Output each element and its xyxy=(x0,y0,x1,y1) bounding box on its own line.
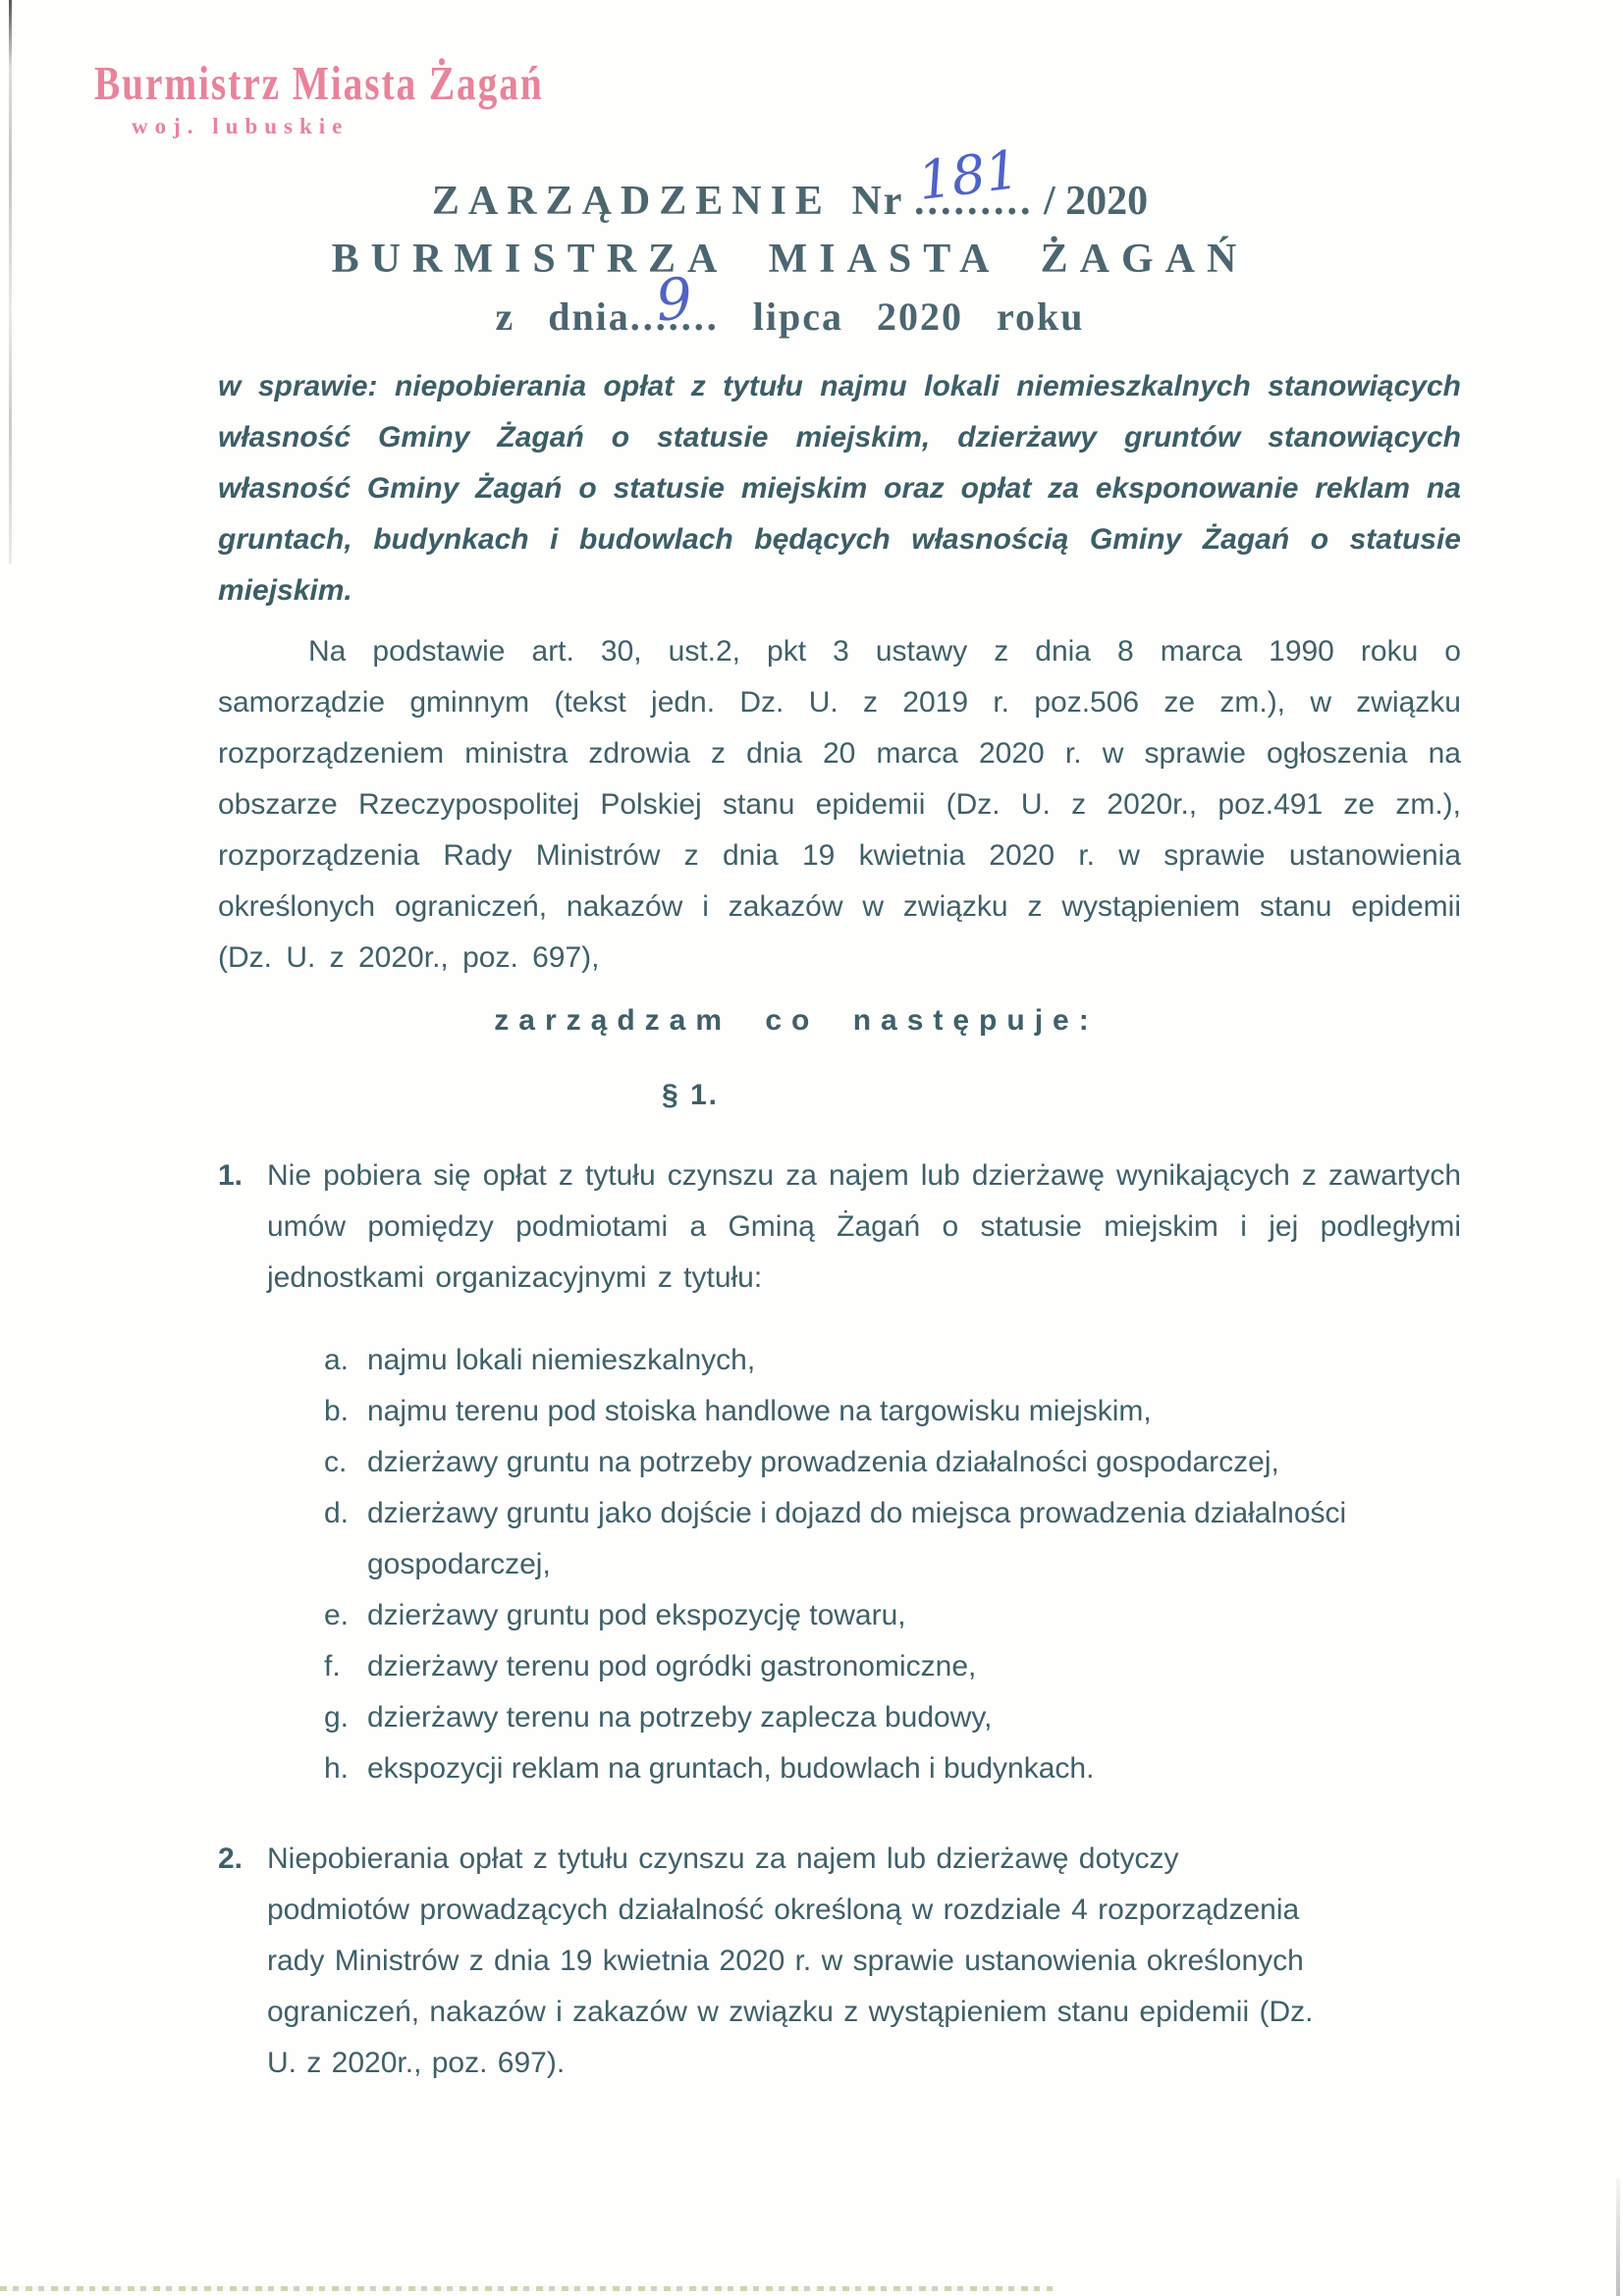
stamp-title: Burmistrz Miasta Żagań xyxy=(94,55,471,111)
sub-item-d: d. dzierżawy gruntu jako dojście i dojaz… xyxy=(324,1488,1461,1590)
list-item-1-text: Nie pobiera się opłat z tytułu czynszu z… xyxy=(267,1150,1461,1304)
sub-item-f-text: dzierżawy terenu pod ogródki gastronomic… xyxy=(367,1641,1439,1692)
scan-artifact-bottom-edge xyxy=(0,2286,1053,2291)
document-body: w sprawie: niepobierania opłat z tytułu … xyxy=(218,361,1461,2089)
sub-item-a: a. najmu lokali niemieszkalnych, xyxy=(324,1335,1461,1386)
mayor-stamp: Burmistrz Miasta Żagań woj. lubuskie xyxy=(94,55,487,139)
legal-basis-paragraph: Na podstawie art. 30, ust.2, pkt 3 ustaw… xyxy=(218,626,1461,984)
ordinance-title-line2: BURMISTRZA MIASTA ŻAGAŃ xyxy=(0,235,1601,284)
sub-item-e-letter: e. xyxy=(324,1590,367,1641)
section-1-heading: § 1. xyxy=(69,1070,1312,1121)
stamp-subtitle: woj. lubuskie xyxy=(94,114,487,139)
sub-item-h-text: ekspozycji reklam na gruntach, budowlach… xyxy=(367,1743,1439,1794)
sub-item-e: e. dzierżawy gruntu pod ekspozycję towar… xyxy=(324,1590,1461,1641)
sub-item-b-letter: b. xyxy=(324,1386,367,1437)
ordinance-title-line1: ZARZĄDZENIE Nr .........181 / 2020 xyxy=(0,177,1601,226)
title-block: ZARZĄDZENIE Nr .........181 / 2020 BURMI… xyxy=(0,177,1601,350)
document-page: Burmistrz Miasta Żagań woj. lubuskie ZAR… xyxy=(0,0,1623,2296)
date-prefix: z dnia xyxy=(495,294,629,339)
order-clause: zarządzam co następuje: xyxy=(175,995,1418,1046)
sub-item-e-text: dzierżawy gruntu pod ekspozycję towaru, xyxy=(367,1590,1439,1641)
sub-list: a. najmu lokali niemieszkalnych, b. najm… xyxy=(324,1335,1461,1794)
ordinance-number-field: .........181 xyxy=(914,177,1034,226)
list-item-1-number: 1. xyxy=(218,1150,267,1304)
day-field: .......9 xyxy=(630,293,720,342)
list-item-1: 1. Nie pobiera się opłat z tytułu czynsz… xyxy=(218,1150,1461,1304)
sub-item-g: g. dzierżawy terenu na potrzeby zaplecza… xyxy=(324,1692,1461,1743)
number-label: Nr xyxy=(851,179,903,224)
list-item-2-text: Niepobierania opłat z tytułu czynszu za … xyxy=(267,1834,1461,2089)
sub-item-a-letter: a. xyxy=(324,1335,367,1386)
sub-item-c: c. dzierżawy gruntu na potrzeby prowadze… xyxy=(324,1437,1461,1488)
handwritten-ordinance-number: 181 xyxy=(915,145,1021,206)
sub-item-d-letter: d. xyxy=(324,1488,367,1590)
ordinance-date-line: z dnia.......9 lipca 2020 roku xyxy=(0,293,1601,342)
handwritten-day: 9 xyxy=(654,273,696,325)
subject-paragraph: w sprawie: niepobierania opłat z tytułu … xyxy=(218,361,1461,616)
scan-artifact-right-edge xyxy=(1616,2178,1620,2296)
sub-item-g-text: dzierżawy terenu na potrzeby zaplecza bu… xyxy=(367,1692,1439,1743)
list-item-2: 2. Niepobierania opłat z tytułu czynszu … xyxy=(218,1834,1461,2089)
sub-item-h: h. ekspozycji reklam na gruntach, budowl… xyxy=(324,1743,1461,1794)
sub-item-b: b. najmu terenu pod stoiska handlowe na … xyxy=(324,1386,1461,1437)
sub-item-c-text: dzierżawy gruntu na potrzeby prowadzenia… xyxy=(367,1437,1439,1488)
sub-item-f: f. dzierżawy terenu pod ogródki gastrono… xyxy=(324,1641,1461,1692)
sub-item-a-text: najmu lokali niemieszkalnych, xyxy=(367,1335,1439,1386)
list-item-2-number: 2. xyxy=(218,1834,267,2089)
sub-item-f-letter: f. xyxy=(324,1641,367,1692)
date-suffix: lipca 2020 roku xyxy=(753,294,1085,339)
year-suffix: / 2020 xyxy=(1044,179,1148,224)
sub-item-c-letter: c. xyxy=(324,1437,367,1488)
sub-item-g-letter: g. xyxy=(324,1692,367,1743)
sub-item-d-text: dzierżawy gruntu jako dojście i dojazd d… xyxy=(367,1488,1439,1590)
sub-item-b-text: najmu terenu pod stoiska handlowe na tar… xyxy=(367,1386,1439,1437)
sub-item-h-letter: h. xyxy=(324,1743,367,1794)
ordinance-word: ZARZĄDZENIE xyxy=(432,179,832,224)
